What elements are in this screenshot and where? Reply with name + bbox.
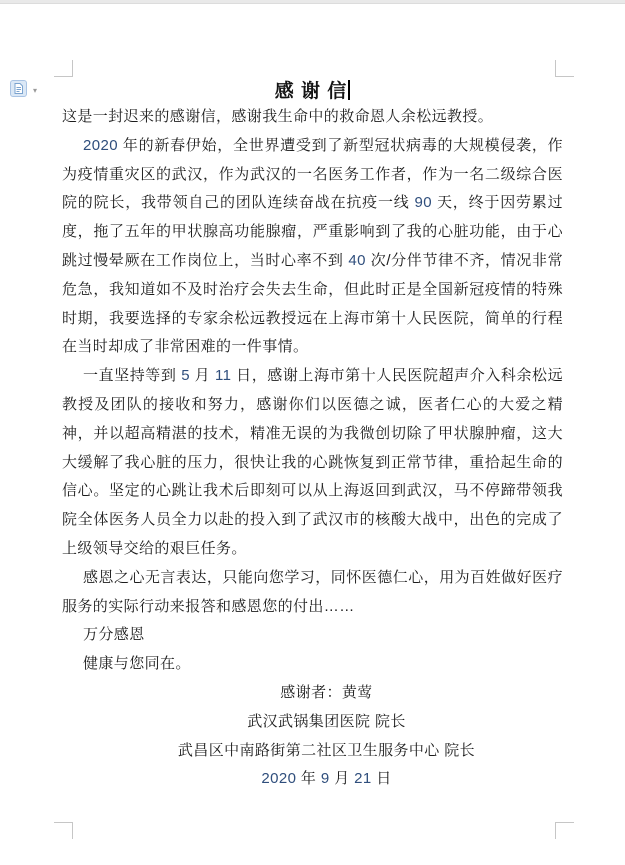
window-top-edge — [0, 0, 625, 4]
paragraph-outbreak: 2020 年的新春伊始，全世界遭受到了新型冠状病毒的大规模侵袭，作为疫情重灾区的… — [62, 132, 563, 362]
signature-date: 2020 年 9 月 21 日 — [90, 765, 563, 794]
paragraph-treatment: 一直坚持等到 5 月 11 日，感谢上海市第十人民医院超声介入科余松远教授及团队… — [62, 362, 563, 564]
margin-corner-mark-bottom-right — [555, 822, 574, 839]
text-cursor — [348, 80, 350, 100]
paragraph-gratitude: 感恩之心无言表达，只能向您学习，同怀医德仁心，用为百姓做好医疗服务的实际行动来报… — [62, 564, 563, 622]
signature-health-center: 武昌区中南路街第二社区卫生服务中心 院长 — [90, 737, 563, 766]
margin-corner-mark-top-right — [555, 60, 574, 77]
signature-hospital: 武汉武锅集团医院 院长 — [90, 708, 563, 737]
letter-title: 感 谢 信 — [62, 76, 563, 103]
margin-corner-mark-top-left — [54, 60, 73, 77]
paragraph-opening: 这是一封迟来的感谢信，感谢我生命中的救命恩人余松远教授。 — [62, 103, 563, 132]
signature-block: 感谢者：黄莺 武汉武锅集团医院 院长 武昌区中南路街第二社区卫生服务中心 院长 … — [62, 679, 563, 794]
chevron-down-icon[interactable]: ▾ — [33, 87, 37, 95]
paste-options-button[interactable]: ▾ — [10, 80, 37, 102]
signature-sender: 感谢者：黄莺 — [90, 679, 563, 708]
paragraph-wish: 健康与您同在。 — [62, 650, 563, 679]
letter-body[interactable]: 这是一封迟来的感谢信，感谢我生命中的救命恩人余松远教授。 2020 年的新春伊始… — [62, 103, 563, 794]
paste-options-icon — [10, 80, 27, 102]
letter-title-text: 感 谢 信 — [275, 81, 348, 102]
paragraph-thanks: 万分感恩 — [62, 621, 563, 650]
margin-corner-mark-bottom-left — [54, 822, 73, 839]
